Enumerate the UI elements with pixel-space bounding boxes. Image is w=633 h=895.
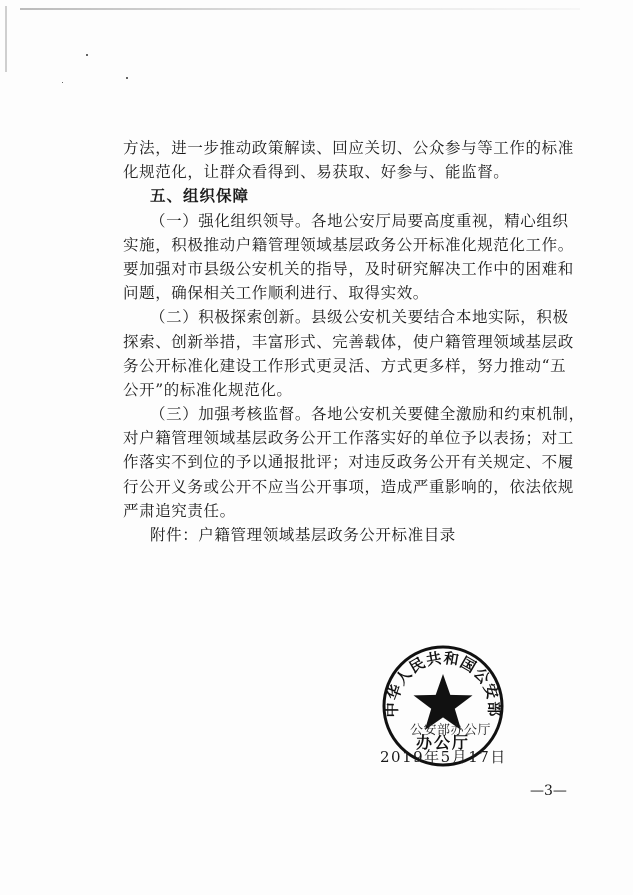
text-line: 严肃追究责任。 (123, 499, 518, 523)
seal-overlay-text: 公安部办公厅 (410, 719, 491, 738)
text-line: 探索、创新举措，丰富形式、完善载体，使户籍管理领域基层政 (123, 330, 518, 354)
text-line: （一）强化组织领导。各地公安厅局要高度重视，精心组织 (123, 209, 518, 233)
scan-speck (62, 82, 63, 83)
text-line: 对户籍管理领域基层政务公开工作落实好的单位予以表扬；对工 (123, 426, 518, 450)
text-line: 要加强对市县级公安机关的指导，及时研究解决工作中的困难和 (123, 257, 518, 281)
text-line: 作落实不到位的予以通报批评；对违反政务公开有关规定、不履 (123, 450, 518, 474)
scan-edge (20, 8, 580, 10)
section-heading: 五、组织保障 (123, 184, 518, 208)
text-line: （三）加强考核监督。各地公安机关要健全激励和约束机制， (123, 402, 518, 426)
page-number: —3— (530, 783, 567, 799)
text-line: （二）积极探索创新。县级公安机关要结合本地实际，积极 (123, 305, 518, 329)
text-line: 方法，进一步推动政策解读、回应关切、公众参与等工作的标准 (123, 136, 518, 160)
scan-speck (86, 54, 88, 56)
text-line: 公开”的标准化规范化。 (123, 378, 518, 402)
scan-edge (5, 6, 7, 72)
document-body: 方法，进一步推动政策解读、回应关切、公众参与等工作的标准 化规范化，让群众看得到… (123, 136, 518, 547)
text-line: 问题，确保相关工作顺利进行、取得实效。 (123, 281, 518, 305)
text-line: 化规范化，让群众看得到、易获取、好参与、能监督。 (123, 160, 518, 184)
document-date: 2019年5月17日 (380, 746, 507, 767)
text-line: 务公开标准化建设工作形式更灵活、方式更多样，努力推动“五 (123, 354, 518, 378)
attachment-line: 附件：户籍管理领域基层政务公开标准目录 (123, 523, 518, 547)
scan-speck (126, 77, 128, 79)
text-line: 行公开义务或公开不应当公开事项，造成严重影响的，依法依规 (123, 475, 518, 499)
text-line: 实施，积极推动户籍管理领域基层政务公开标准化规范化工作。 (123, 233, 518, 257)
document-page: 方法，进一步推动政策解读、回应关切、公众参与等工作的标准 化规范化，让群众看得到… (0, 0, 633, 895)
